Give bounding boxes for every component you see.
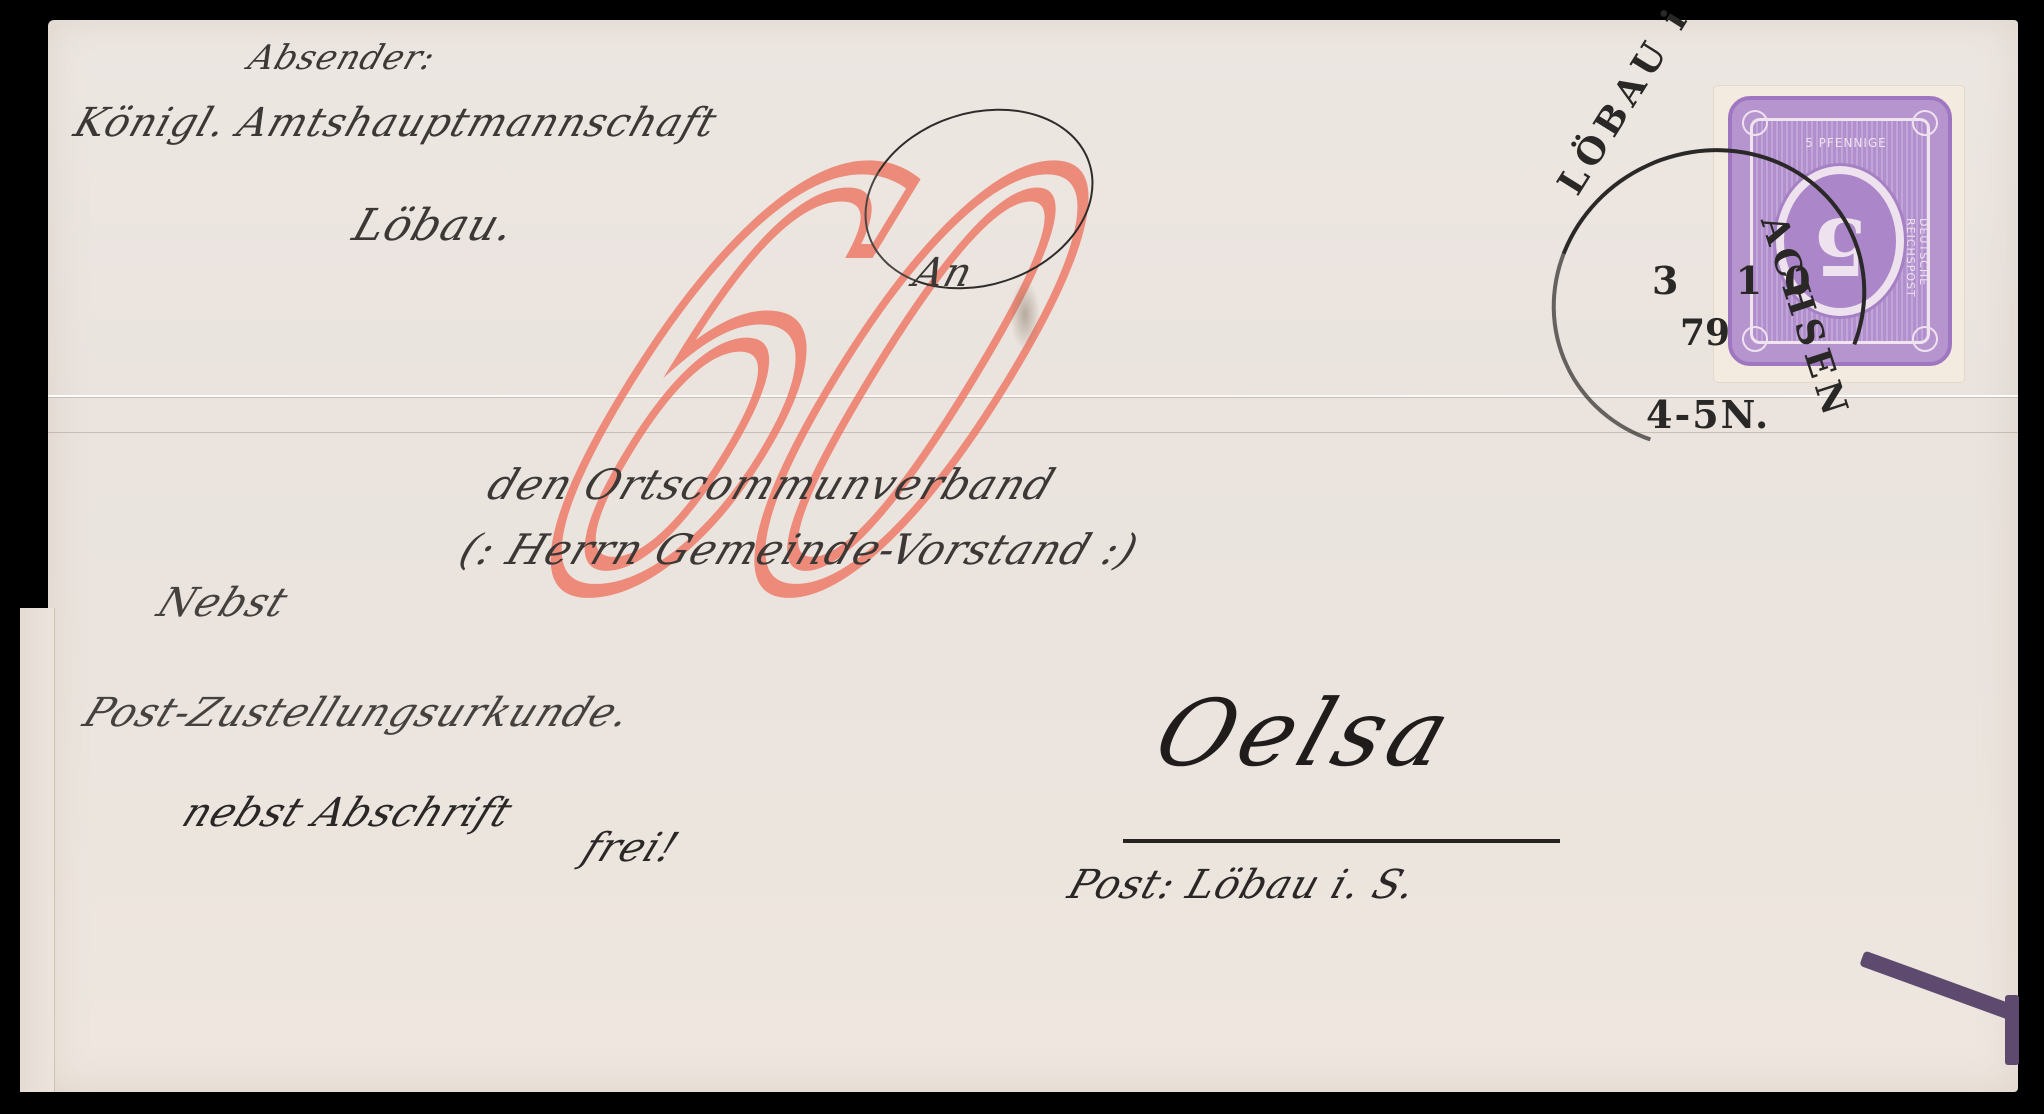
destination-underline	[1123, 839, 1560, 843]
violet-ink-mark	[2005, 995, 2019, 1065]
note-line-3: nebst Abschrift	[176, 790, 520, 836]
ink-stain	[1010, 280, 1040, 350]
postmark-time: 4-5N.	[1646, 392, 1770, 437]
postmark-year: 79	[1680, 312, 1730, 354]
destination-place: Oelsa	[1143, 680, 1469, 787]
recipient-line-2: (: Herrn Gemeinde-Vorstand :)	[453, 525, 1145, 574]
rosette-icon	[1912, 110, 1938, 136]
destination-post-office: Post: Löbau i. S.	[1063, 862, 1423, 908]
recipient-line-1: den Ortscommunverband	[481, 460, 1062, 509]
rosette-icon	[1742, 110, 1768, 136]
note-line-1: Nebst	[151, 580, 295, 626]
note-line-4: frei!	[576, 825, 686, 871]
postmark-date: 3 10	[1652, 258, 1833, 303]
sender-label: Absender:	[244, 38, 441, 78]
folded-flap	[20, 608, 55, 1092]
note-line-2: Post-Zustellungsurkunde.	[77, 690, 639, 736]
stamp-country-text: DEUTSCHE REICHSPOST	[1904, 218, 1930, 362]
sender-name: Königl. Amtshauptmannschaft	[69, 100, 723, 146]
sender-city: Löbau.	[347, 200, 522, 251]
stamp-value-text: 5 PFENNIGE	[1776, 136, 1916, 150]
